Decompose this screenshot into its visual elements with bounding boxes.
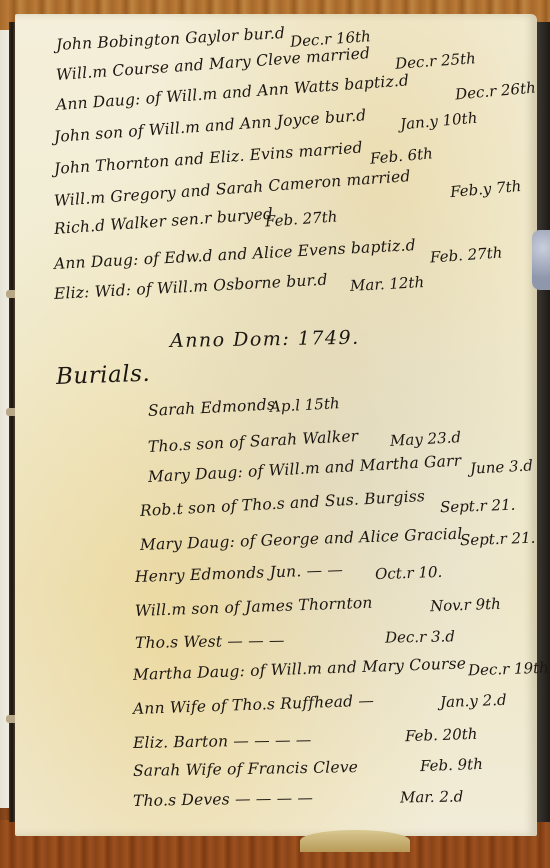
- burial-date: Sept.r 21.: [460, 529, 536, 550]
- burial-name: Tho.s Deves — — — —: [133, 789, 313, 810]
- burial-date: Dec.r 19th: [468, 659, 549, 680]
- burial-date: Feb. 9th: [420, 755, 483, 775]
- section-heading-burials: Burials.: [56, 361, 151, 390]
- burial-date: Sept.r 21.: [440, 496, 516, 517]
- page-clip: [532, 230, 550, 290]
- page-tear: [300, 830, 410, 852]
- burial-date: June 3.d: [470, 456, 534, 477]
- burial-date: May 23.d: [390, 428, 462, 450]
- burial-name: Tho.s West — — —: [135, 631, 285, 652]
- burial-name: Eliz. Barton — — — —: [133, 731, 312, 752]
- burial-date: Nov.r 9th: [430, 595, 501, 615]
- burial-date: Jan.y 2.d: [440, 691, 507, 711]
- year-heading: Anno Dom: 1749.: [170, 327, 360, 352]
- burial-date: Oct.r 10.: [375, 563, 443, 583]
- burial-date: Feb. 20th: [405, 725, 478, 746]
- book-cover-edge: [537, 22, 550, 822]
- burial-date: Mar. 2.d: [400, 787, 464, 806]
- burial-date: Dec.r 3.d: [385, 627, 455, 646]
- burial-date: Ap.l 15th: [270, 394, 340, 416]
